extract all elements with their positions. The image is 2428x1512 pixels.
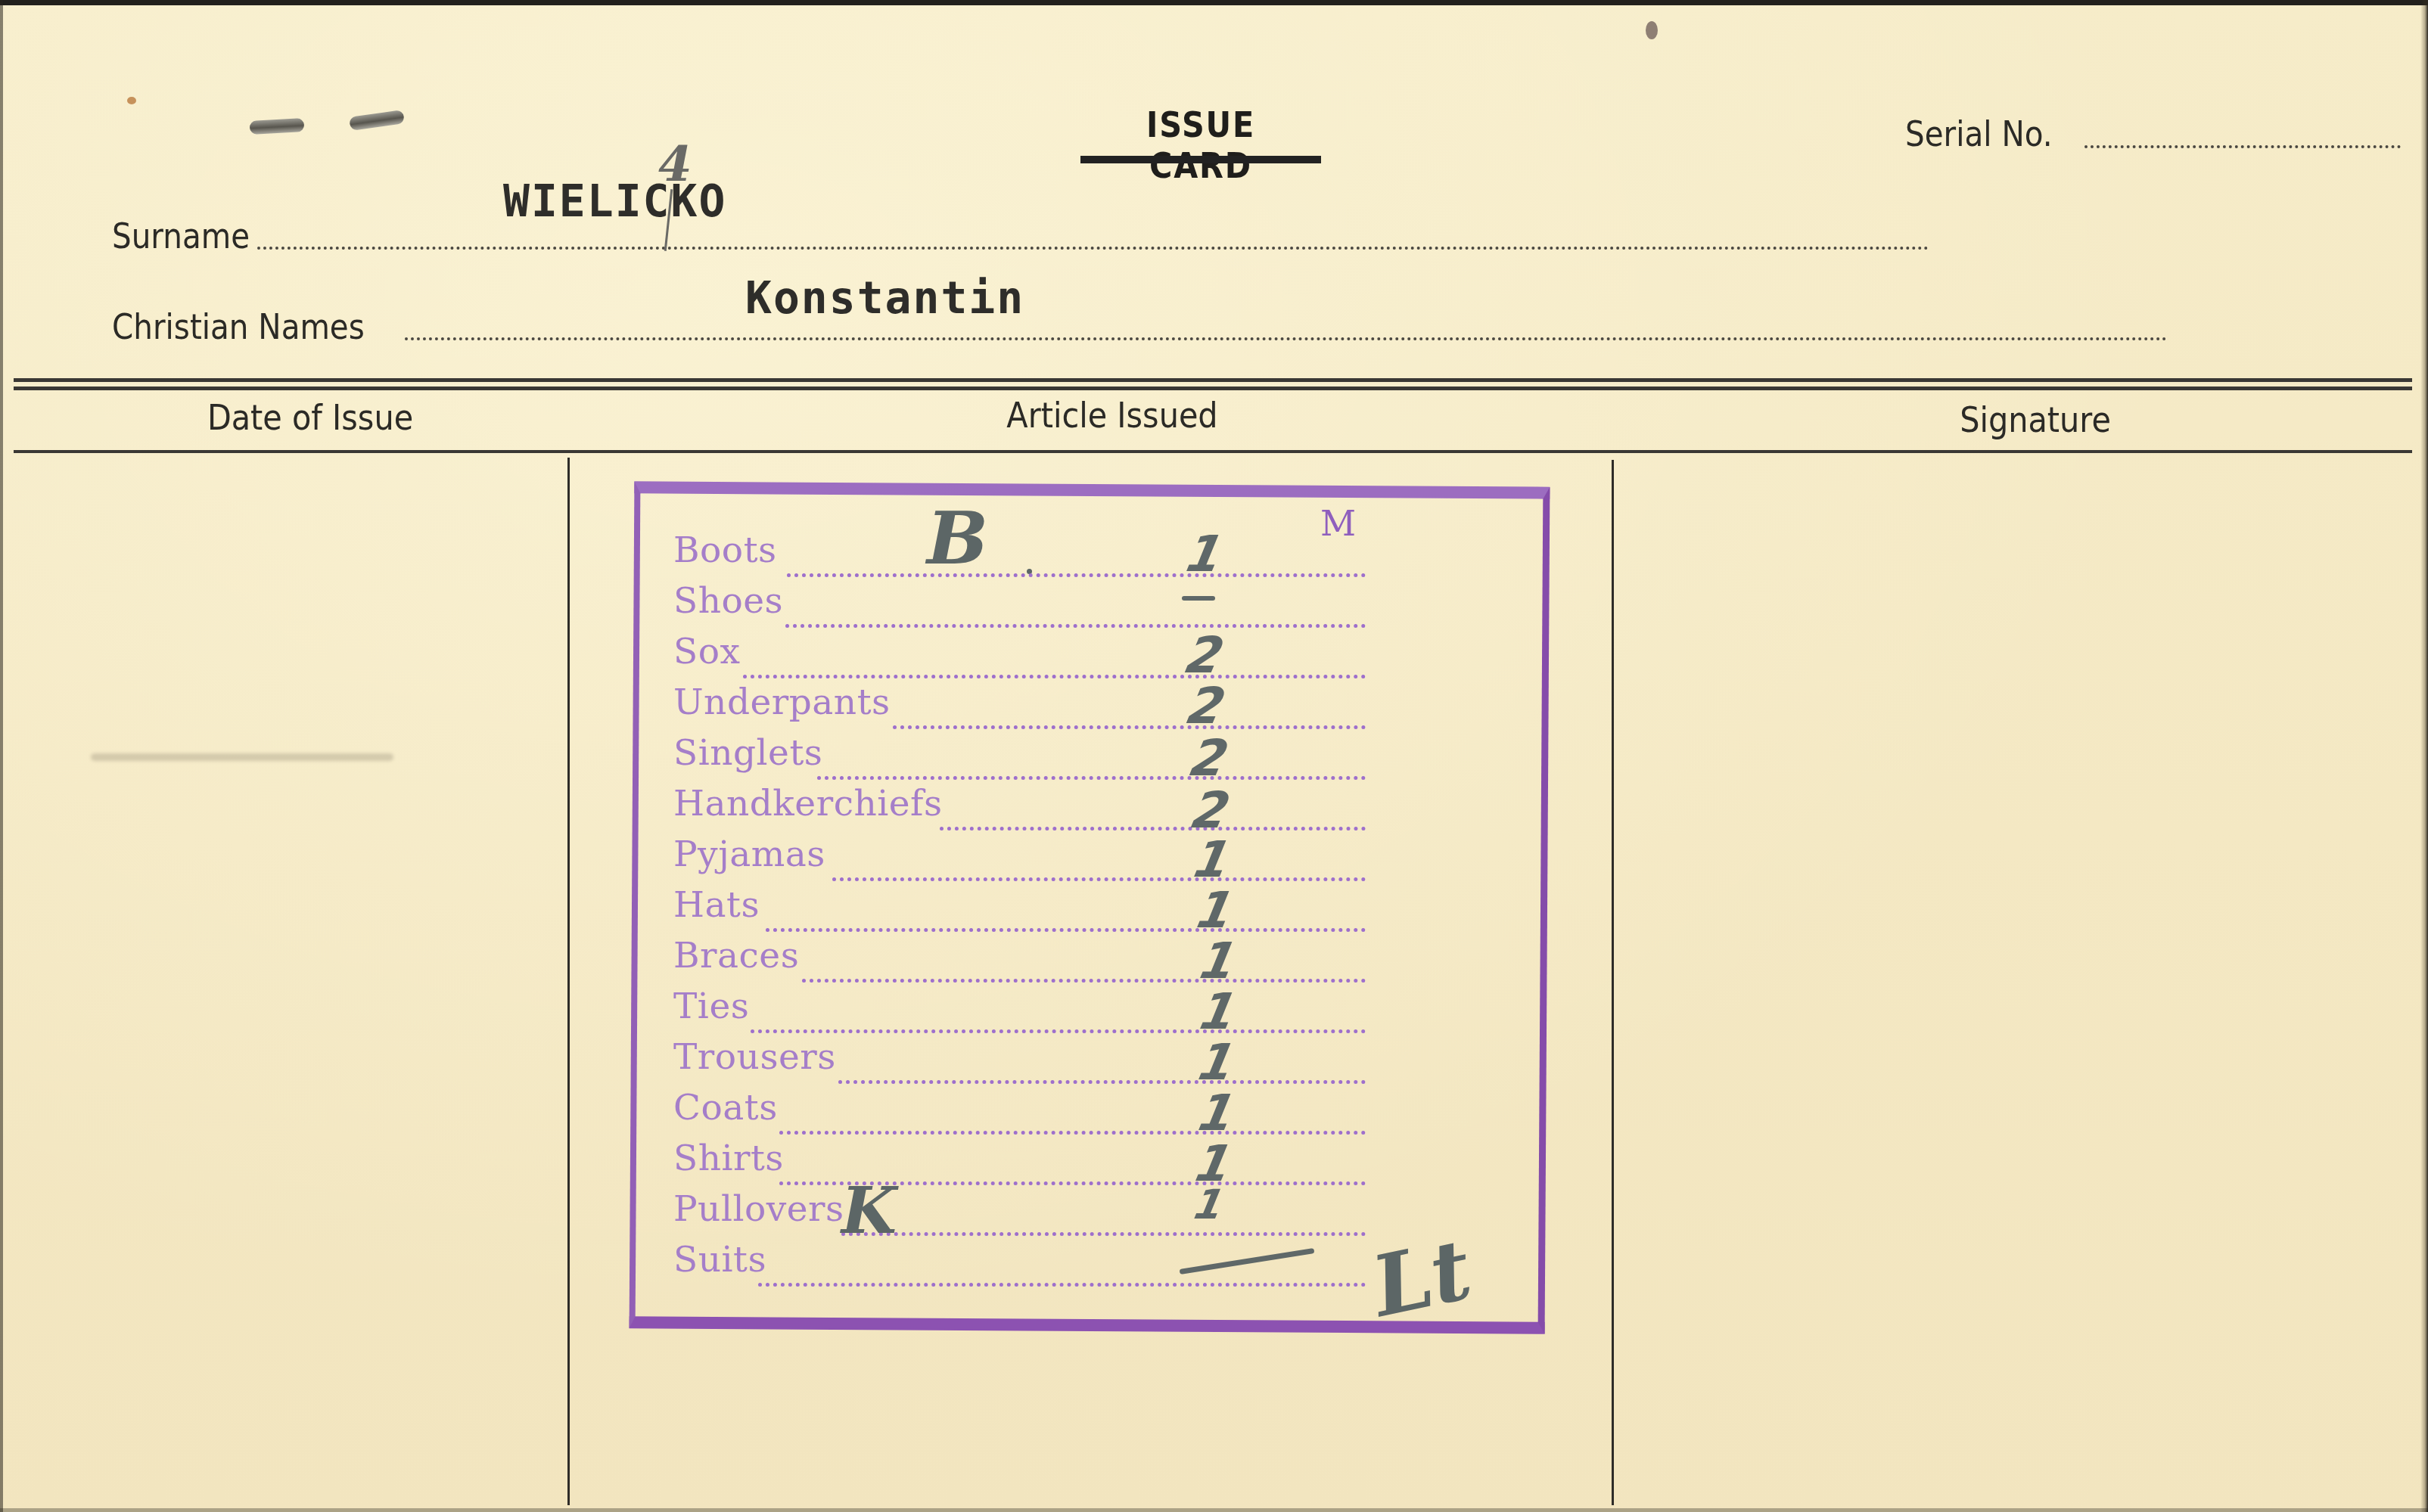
column-header-article-issued: Article Issued — [976, 395, 1248, 436]
surname-field-line — [257, 247, 1929, 250]
item-label: Hats — [673, 884, 760, 926]
staple-mark-right — [349, 110, 405, 131]
double-rule-top — [14, 378, 2412, 382]
card-left-edge — [0, 0, 3, 1512]
item-label: Braces — [673, 935, 799, 976]
item-label: Sox — [673, 631, 741, 672]
item-label: Boots — [673, 529, 777, 571]
stamp-item-coats: Coats 1 — [673, 1087, 1453, 1138]
stamp-item-pullovers: Pullovers 1 K — [673, 1188, 1453, 1239]
item-quantity-dash[interactable] — [1180, 1248, 1315, 1274]
item-line — [766, 928, 1366, 932]
stamp-item-hats: Hats 1 — [673, 884, 1453, 935]
item-label: Shoes — [673, 580, 783, 622]
item-line — [802, 979, 1366, 983]
title-underline — [1080, 156, 1321, 163]
stamp-item-underpants: Underpants 2 — [673, 681, 1453, 732]
item-label: Handkerchiefs — [673, 783, 943, 824]
stamp-item-shirts: Shirts 1 — [673, 1138, 1453, 1188]
item-quantity[interactable]: 1 — [1190, 1181, 1229, 1228]
item-label: Ties — [673, 986, 749, 1027]
item-label: Coats — [673, 1087, 778, 1129]
item-label: Singlets — [673, 732, 822, 774]
stamp-item-pyjamas: Pyjamas 1 — [673, 834, 1453, 884]
item-label: Underpants — [673, 681, 891, 723]
stamp-item-boots: Boots 1 — [673, 529, 1453, 580]
item-label: Pyjamas — [673, 834, 825, 875]
item-line — [817, 776, 1366, 780]
stamp-item-handkerchiefs: Handkerchiefs 2 — [673, 783, 1453, 834]
surname-value[interactable]: WIELICKO — [503, 175, 726, 227]
item-label: Shirts — [673, 1138, 784, 1179]
rust-spot — [127, 97, 136, 104]
item-line — [841, 1232, 1366, 1236]
stamp-item-sox: Sox 2 — [673, 631, 1453, 681]
card-title: ISSUE CARD — [1093, 104, 1309, 186]
stamp-item-braces: Braces 1 — [673, 935, 1453, 986]
initials-bottom: Lt — [1364, 1220, 1479, 1336]
item-line — [787, 573, 1366, 577]
card-right-edge — [2420, 0, 2428, 1512]
serial-number-field[interactable] — [2084, 145, 2401, 148]
initials-pullovers: K — [841, 1173, 897, 1248]
stamp-item-singlets: Singlets 2 — [673, 732, 1453, 783]
column-divider-left — [567, 458, 570, 1505]
christian-names-label: Christian Names — [112, 306, 365, 347]
scuff-mark — [91, 753, 393, 761]
stamp-item-suits: Suits — [673, 1239, 1453, 1290]
item-line — [785, 624, 1366, 628]
surname-label: Surname — [112, 216, 250, 256]
christian-names-value[interactable]: Konstantin — [745, 272, 1024, 324]
item-line — [758, 1283, 1366, 1287]
item-line — [893, 725, 1366, 729]
header-rule — [14, 450, 2412, 453]
item-label: Suits — [673, 1239, 766, 1281]
column-header-signature: Signature — [1899, 399, 2172, 440]
column-header-date-of-issue: Date of Issue — [174, 397, 446, 438]
item-line — [940, 827, 1366, 831]
double-rule-bottom — [14, 387, 2412, 390]
card-bottom-edge — [0, 1508, 2428, 1512]
item-line — [838, 1080, 1366, 1084]
christian-names-field-line — [405, 337, 2168, 340]
issue-card: ISSUE CARD Serial No. Surname WIELICKO 4… — [0, 0, 2428, 1512]
item-line — [743, 675, 1366, 678]
stamp-item-ties: Ties 1 — [673, 986, 1453, 1036]
stamp-item-trousers: Trousers 1 — [673, 1036, 1453, 1087]
staple-mark-left — [250, 118, 305, 135]
item-line — [832, 877, 1366, 881]
signature-cell[interactable] — [1619, 461, 2414, 1505]
card-top-edge — [0, 0, 2428, 5]
item-label: Pullovers — [673, 1188, 844, 1230]
stamp-item-shoes: Shoes — [673, 580, 1453, 631]
ink-spot — [1646, 21, 1658, 39]
column-divider-right — [1612, 460, 1614, 1505]
serial-number-label: Serial No. — [1905, 113, 2053, 154]
item-line — [779, 1131, 1366, 1135]
item-label: Trousers — [673, 1036, 836, 1078]
surname-annotation: 4 — [658, 136, 692, 193]
date-of-issue-cell[interactable] — [15, 461, 564, 1505]
item-line — [751, 1029, 1366, 1033]
